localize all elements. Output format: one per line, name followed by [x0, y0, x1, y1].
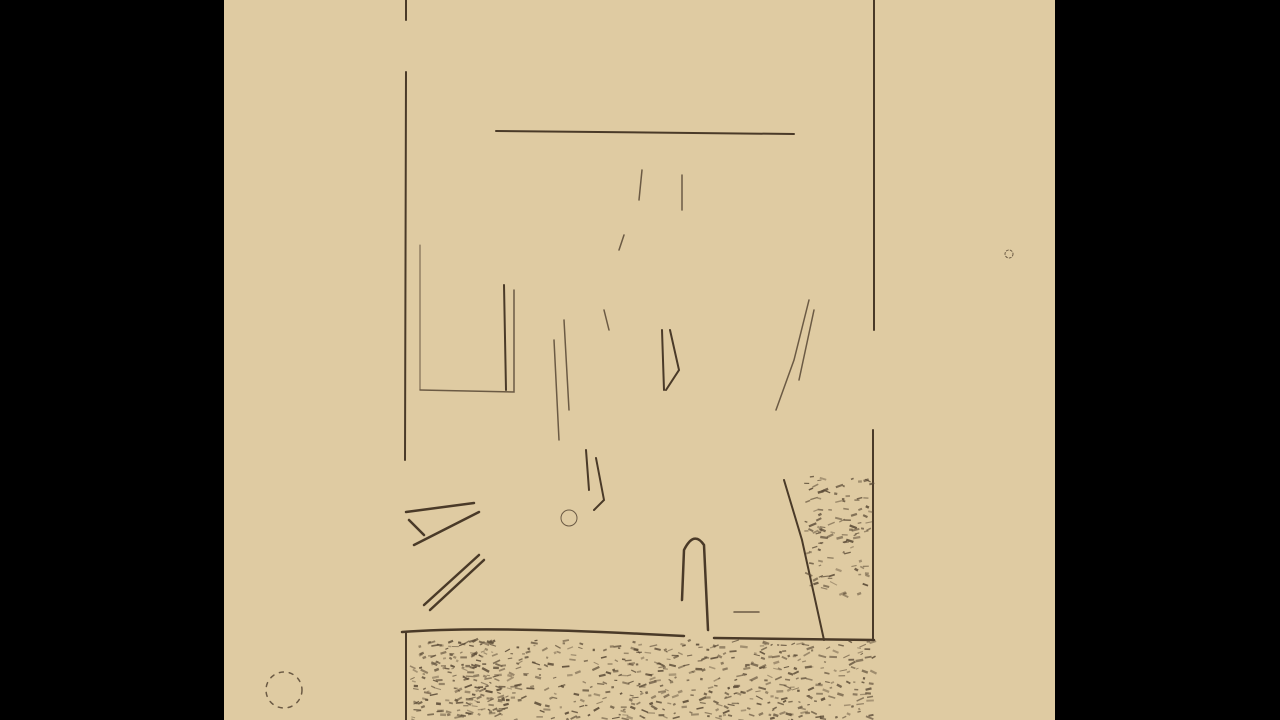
plant-texture [804, 476, 874, 598]
video-frame [224, 0, 1055, 720]
letterbox-left [0, 0, 224, 720]
carpet-texture [410, 638, 877, 720]
sketch-scene [224, 0, 1055, 720]
letterbox-right [1055, 0, 1280, 720]
